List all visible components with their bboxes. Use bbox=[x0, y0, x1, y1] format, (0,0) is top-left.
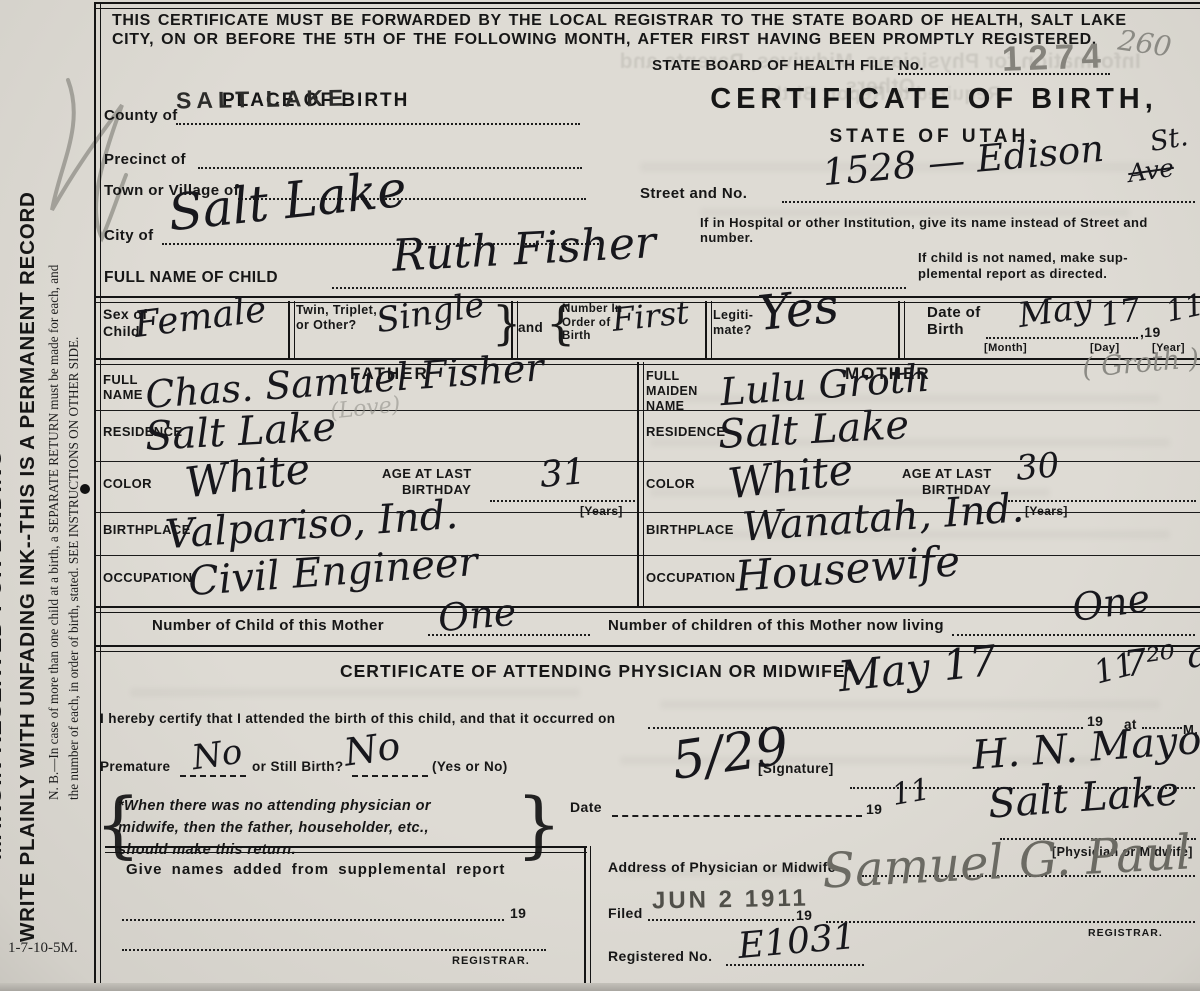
address-label: Address of Physician or Midwife bbox=[608, 859, 836, 876]
scan-edge bbox=[0, 983, 1200, 991]
street-scratched-word: Ave bbox=[1126, 155, 1175, 186]
dob-line bbox=[986, 337, 1138, 339]
father-pencil-note: (Love) bbox=[329, 394, 401, 423]
hospital-note: If in Hospital or other Institution, giv… bbox=[700, 215, 1200, 246]
registrar-signature-value: Samuel G. Paul bbox=[821, 828, 1192, 895]
street-line bbox=[782, 201, 1195, 203]
physician-date-line bbox=[612, 815, 862, 817]
mother-age-line bbox=[1008, 500, 1196, 502]
physician-date-year-print: 19 bbox=[866, 801, 882, 818]
birth-order-value: First bbox=[611, 296, 691, 336]
dob-year-value: 11 bbox=[1163, 290, 1200, 327]
margin-binding-label: MARGIN RESERVED FOR BINDING bbox=[0, 449, 7, 860]
dob-day-value: 17 bbox=[1098, 293, 1144, 332]
father-color-label: COLOR bbox=[103, 476, 152, 491]
and-label: and bbox=[518, 320, 543, 336]
month-bracket: [Month] bbox=[984, 342, 1027, 355]
stillbirth-line bbox=[352, 775, 428, 777]
no-attendant-note-1: *When there was no attending physician o… bbox=[118, 798, 431, 815]
street-correction: St. bbox=[1148, 123, 1190, 156]
dob-label-2: Birth bbox=[927, 321, 964, 339]
margin-nb-line2: the number of each, in order of birth, s… bbox=[64, 265, 84, 800]
no-attendant-note-2: midwife, then the father, householder, e… bbox=[118, 820, 429, 837]
supplemental-box-top bbox=[105, 846, 587, 853]
certify-time-value: 7²⁰ a bbox=[1122, 636, 1200, 683]
registrar-signature-line bbox=[826, 921, 1195, 923]
registered-no-value: E1031 bbox=[737, 919, 858, 965]
county-stamp: SALT LAKE bbox=[176, 84, 349, 114]
mother-years-bracket: [Years] bbox=[1025, 504, 1068, 518]
father-age-value: 31 bbox=[539, 454, 588, 494]
mother-birthplace-label: BIRTHPLACE bbox=[646, 522, 734, 537]
margin-warning-label: WRITE PLAINLY WITH UNFADING INK--THIS IS… bbox=[16, 191, 40, 942]
mother-occupation-label: OCCUPATION bbox=[646, 570, 735, 585]
registrar-label-right: REGISTRAR. bbox=[1088, 927, 1163, 939]
form-number: 1-7-10-5M. bbox=[8, 940, 78, 957]
city-value: Salt Lake bbox=[166, 164, 409, 239]
mother-color-label: COLOR bbox=[646, 476, 695, 491]
cell-divider bbox=[705, 301, 712, 358]
stillbirth-value: No bbox=[342, 726, 403, 771]
cell-divider bbox=[898, 301, 905, 358]
ink-blot bbox=[80, 484, 90, 494]
street-label: Street and No. bbox=[640, 185, 747, 203]
child-count-value: One bbox=[436, 593, 517, 638]
stillbirth-label: or Still Birth? bbox=[252, 759, 344, 775]
physician-place-value: Salt Lake bbox=[987, 771, 1180, 824]
dob-month-value: May bbox=[1016, 289, 1094, 333]
city-label: City of bbox=[104, 227, 153, 245]
mother-age-value: 30 bbox=[1015, 448, 1061, 486]
father-occupation-label: OCCUPATION bbox=[103, 570, 192, 585]
father-age-line bbox=[490, 500, 635, 502]
registered-no-label: Registered No. bbox=[608, 948, 712, 965]
dob-label-1: Date of bbox=[927, 304, 981, 322]
filed-label: Filed bbox=[608, 905, 643, 922]
children-living-value: One bbox=[1070, 579, 1153, 628]
certify-statement: I hereby certify that I attended the bir… bbox=[100, 711, 615, 727]
mother-age-label-1: AGE AT LAST bbox=[902, 466, 992, 481]
physician-date-value: 5/29 bbox=[669, 720, 792, 788]
supplemental-box-right bbox=[584, 846, 591, 985]
father-residence-value: Salt Lake bbox=[144, 407, 337, 457]
child-name-value: Ruth Fisher bbox=[391, 221, 657, 279]
banner-line1: THIS CERTIFICATE MUST BE FORWARDED BY TH… bbox=[112, 12, 1192, 31]
certificate-title: CERTIFICATE OF BIRTH, bbox=[672, 82, 1196, 116]
yes-or-no-label: (Yes or No) bbox=[432, 759, 508, 775]
unnamed-note-line2: plemental report as directed. bbox=[918, 266, 1107, 281]
margin-nb-line1: N. B.—In case of more than one child at … bbox=[44, 265, 64, 800]
premature-label: Premature bbox=[100, 759, 170, 775]
children-living-label: Number of children of this Mother now li… bbox=[608, 617, 944, 635]
registrar-label-left: REGISTRAR. bbox=[452, 955, 530, 968]
brace-close: } bbox=[492, 300, 521, 346]
cell-divider bbox=[288, 301, 295, 358]
bleedthrough-texture bbox=[130, 688, 580, 697]
physician-section-title: CERTIFICATE OF ATTENDING PHYSICIAN OR MI… bbox=[340, 661, 853, 682]
filed-date-stamp: JUN 2 1911 bbox=[652, 885, 809, 916]
father-color-value: White bbox=[183, 448, 313, 505]
mother-residence-value: Salt Lake bbox=[717, 405, 910, 455]
legitimate-value: Yes bbox=[756, 282, 841, 338]
county-label: County of bbox=[104, 107, 178, 125]
bleedthrough-texture bbox=[660, 700, 1160, 709]
top-border bbox=[96, 2, 1200, 9]
county-line bbox=[176, 123, 580, 125]
child-name-label: FULL NAME OF CHILD bbox=[104, 269, 278, 287]
mother-residence-label: RESIDENCE bbox=[646, 424, 725, 439]
filed-line bbox=[648, 919, 794, 921]
mother-occupation-value: Housewife bbox=[734, 540, 962, 598]
parents-divider bbox=[637, 362, 644, 606]
birth-certificate-scan: Information for Physicians, Midwives, Pa… bbox=[0, 0, 1200, 991]
file-number-stamp: 1274 bbox=[1001, 36, 1108, 80]
file-number-pencil: 260 bbox=[1116, 26, 1173, 61]
unnamed-note-line1: If child is not named, make sup- bbox=[918, 250, 1128, 265]
child-count-label: Number of Child of this Mother bbox=[152, 617, 384, 635]
grid-rule bbox=[96, 606, 1200, 613]
premature-value: No bbox=[190, 735, 244, 776]
father-years-bracket: [Years] bbox=[580, 504, 623, 518]
supplemental-line-2 bbox=[122, 949, 546, 951]
physician-date-label: Date bbox=[570, 799, 602, 816]
supplemental-line-1 bbox=[122, 919, 504, 921]
supplemental-year: 19 bbox=[510, 905, 526, 922]
mother-name-label: FULL MAIDEN NAME bbox=[646, 369, 716, 413]
supplemental-label: Give names added from supplemental repor… bbox=[126, 861, 505, 879]
physician-date-year-value: 11 bbox=[890, 775, 933, 811]
precinct-label: Precinct of bbox=[104, 151, 186, 169]
file-number-label: STATE BOARD OF HEALTH FILE No. bbox=[652, 57, 924, 75]
grid-rule bbox=[96, 645, 1200, 652]
father-age-label-1: AGE AT LAST bbox=[382, 466, 472, 481]
